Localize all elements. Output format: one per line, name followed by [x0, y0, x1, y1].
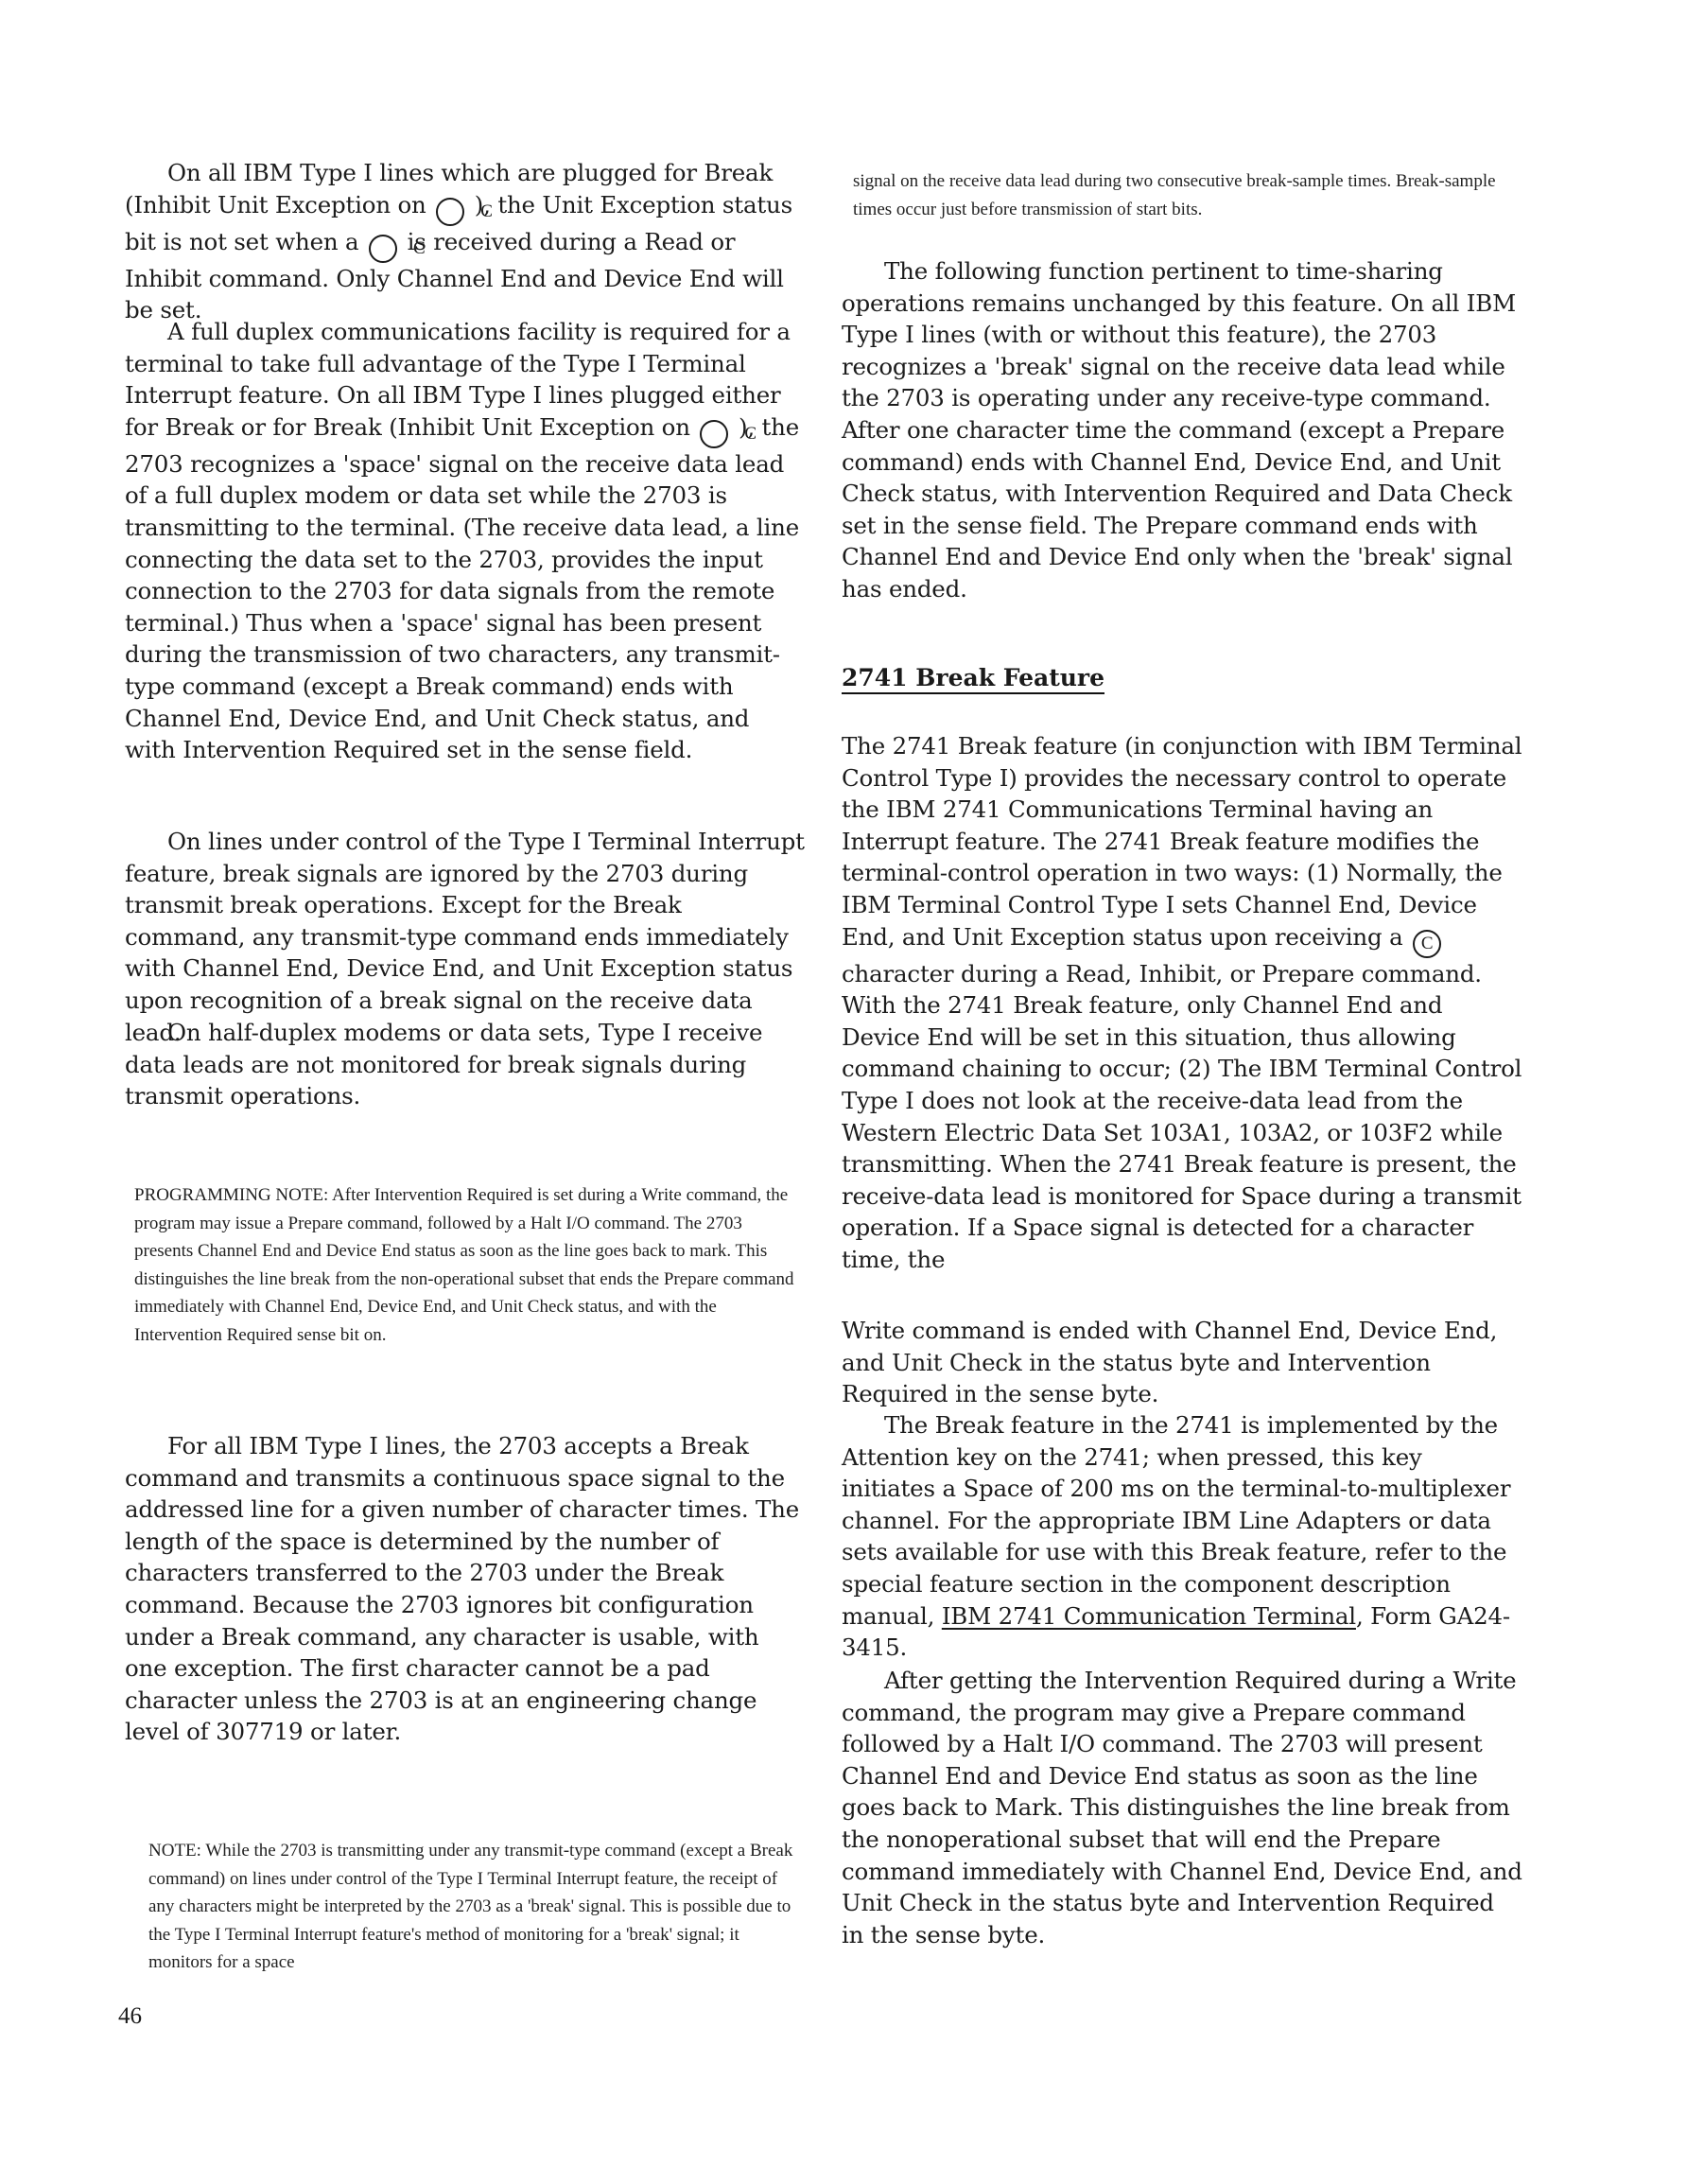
note-continued: signal on the receive data lead during t…: [853, 167, 1515, 223]
paragraph-full-duplex: A full duplex communications facility is…: [125, 316, 806, 766]
circled-c-icon: C: [436, 198, 464, 226]
paragraph-time-sharing: The following function pertinent to time…: [842, 255, 1522, 605]
paragraph-break-inhibit: On all IBM Type I lines which are plugge…: [125, 157, 806, 326]
paragraph-intervention-required: After getting the Intervention Required …: [842, 1665, 1522, 1950]
paragraph-write-ended: Write command is ended with Channel End,…: [842, 1315, 1522, 1410]
page-number: 46: [118, 2003, 142, 2030]
paragraph-break-command: For all IBM Type I lines, the 2703 accep…: [125, 1430, 806, 1748]
paragraph-half-duplex: On half-duplex modems or data sets, Type…: [125, 1017, 806, 1112]
note-transmitting: NOTE: While the 2703 is transmitting und…: [148, 1837, 801, 1977]
paragraph-attention-key: The Break feature in the 2741 is impleme…: [842, 1409, 1522, 1664]
section-heading-2741-break: 2741 Break Feature: [842, 662, 1522, 694]
circled-c-icon: C: [1413, 930, 1441, 958]
programming-note: PROGRAMMING NOTE: After Intervention Req…: [134, 1181, 796, 1349]
paragraph-2741-break-feature: The 2741 Break feature (in conjunction w…: [842, 730, 1522, 1276]
document-page: On all IBM Type I lines which are plugge…: [0, 0, 1687, 2184]
circled-c-icon: C: [369, 235, 397, 263]
paragraph-terminal-interrupt: On lines under control of the Type I Ter…: [125, 826, 806, 1048]
manual-title-reference: IBM 2741 Communication Terminal: [942, 1602, 1356, 1630]
circled-c-icon: C: [700, 420, 728, 448]
